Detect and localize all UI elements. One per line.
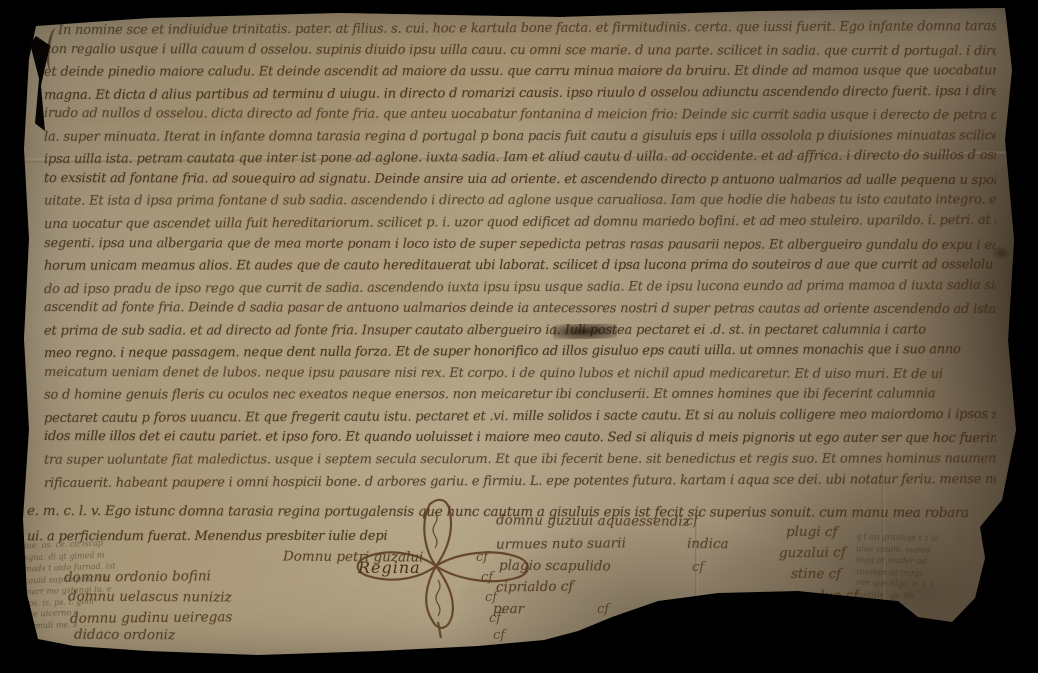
signum-petal-top	[424, 500, 451, 566]
manuscript-line-14: ascendit ad fonte fria. Deinde d sadia p…	[44, 300, 996, 317]
marginalia-line: uis rano as	[856, 601, 901, 611]
manuscript-line-4: magna. Et dicta d alius partibus ad term…	[44, 84, 996, 103]
signature-indica_column-1: indica	[687, 536, 729, 552]
manuscript-line-2: con regalio usque i uilla cauum d osselo…	[44, 42, 996, 59]
manuscript-line-12: horum unicam meamus alios. Et audes que …	[44, 257, 996, 273]
marginalia-line: rim que illgo. e. i. s	[856, 578, 934, 589]
vertical-crease	[695, 515, 698, 645]
manuscript-line-9: uitate. Et ista d ipsa prima fontane d s…	[44, 193, 996, 209]
manuscript-line-10: una uocatur que ascendet uilla fuit here…	[44, 213, 996, 232]
manuscript-line-7: ipsa uilla ista. petram cautata que inte…	[44, 148, 996, 167]
confirmation-mark: cf	[597, 602, 609, 617]
photo-stage: In nomine sce et indiuidue trinitatis. p…	[0, 0, 1038, 673]
manuscript-line-13: do ad ipso pradu de ipso rego que currit…	[44, 278, 996, 297]
signum-tail	[438, 622, 441, 638]
marginalia-line: iustitie. qs. ilb	[856, 590, 914, 601]
manuscript-line-17: meicatum ueniam denet de lubos. neque ip…	[44, 365, 996, 382]
parchment: In nomine sce et indiuidue trinitatis. p…	[0, 0, 1038, 673]
manuscript-line-21: tra super uoluntate fiat maledictus. usq…	[44, 451, 996, 467]
marginalia-line: sgna. di qt gimed m	[24, 550, 105, 562]
manuscript-line-20: idos mille illos det ei cautu pariet. et…	[44, 429, 996, 446]
marginalia-line: iue. os. ce. cii iscap	[24, 539, 103, 551]
marginalia-line: ssgg ar mader ad	[856, 555, 927, 566]
signum-regina-text: Regina	[357, 558, 421, 577]
manuscript-line-15: et prima de sub sadia. et ad directo ad …	[44, 322, 996, 338]
manuscript-line-18: so d homine genuis fleris cu oculos nec …	[44, 387, 996, 403]
manuscript-line-8: to exsistit ad fontane fria. ad souequir…	[44, 171, 996, 188]
signature-right_column-1: plugi cf	[786, 524, 838, 540]
manuscript-line-5: irudo ad nullos d osselou. dicta directo…	[44, 106, 996, 123]
signature-right_column-4: gussaluo cf	[781, 588, 858, 605]
manuscript-line-22: rificauerit. habeant paupere i omni hosp…	[44, 471, 996, 490]
manuscript-line-1: In nomine sce et indiuidue trinitatis. p…	[58, 19, 996, 38]
ink-smudge	[991, 246, 1011, 260]
signature-left_column-5: didaco ordoniz	[74, 627, 175, 644]
marginalia-line: uirmidi me. s	[24, 620, 78, 631]
confirmation-mark: cf	[686, 514, 698, 529]
manuscript-line-16: meo regno. i neque passagem. neque dent …	[44, 342, 996, 361]
confirmation-mark: cf	[692, 560, 704, 575]
signum-axis-script-bottom	[436, 580, 440, 616]
ink-blot	[553, 323, 617, 339]
manuscript-line-3: et deinde pinedio maiore caludu. Et dein…	[44, 63, 996, 79]
signum-petal-right	[436, 552, 528, 581]
manuscript-line-11: segenti. ipsa una albergaria que de mea …	[44, 236, 996, 253]
signature-right_column-2: guzalui cf	[779, 545, 846, 562]
queen-signum-rota: Regina	[350, 492, 540, 640]
signum-axis-script-top	[433, 512, 437, 548]
marginalia-line: rossups ut imrgi	[856, 567, 923, 578]
signum-petal-bottom	[426, 566, 453, 628]
marginalia-line: uiue cauim. suimd	[856, 544, 931, 555]
manuscript-line-19: pectaret cautu p foros uuancu. Et que fr…	[44, 407, 996, 426]
manuscript-line-6: la. super minuata. Iterat in infante dom…	[44, 128, 996, 144]
marginalia-line: sue uicerno e	[24, 608, 79, 619]
marginalia-line: sps. is. ps. i. gimi	[24, 596, 94, 607]
marginalia-line: q t an grantiqs s t ui	[856, 532, 939, 543]
signature-left_column-4: domnu gudinu ueiregas	[70, 609, 232, 627]
signature-right_column-3: stine cf	[791, 566, 841, 582]
